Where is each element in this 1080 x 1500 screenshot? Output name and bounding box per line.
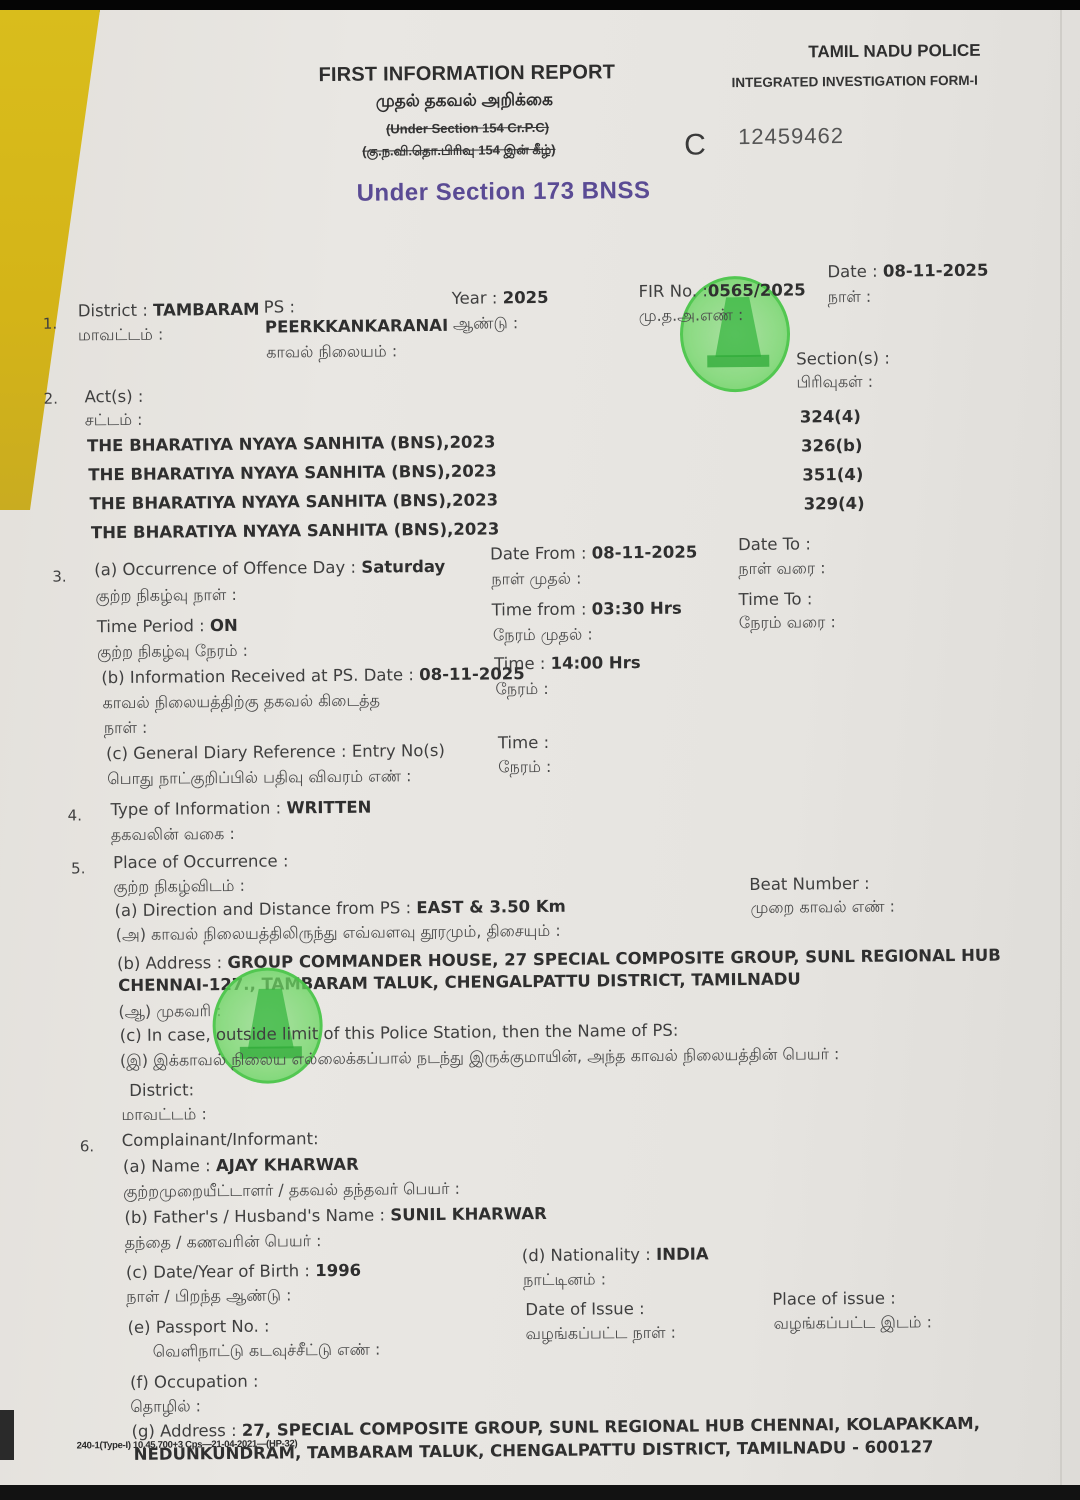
offence-day-ta: குற்ற நிகழ்வு நாள் : bbox=[95, 585, 236, 607]
occupation-ta: தொழில் : bbox=[130, 1396, 201, 1418]
section-value: 326(b) bbox=[801, 436, 863, 456]
form-print-code: 240-1(Type-I) 10,45,700+3 Cps—21-04-2021… bbox=[77, 1438, 298, 1451]
info-received-ta-2: நாள் : bbox=[104, 718, 148, 739]
outside-limit-label: (c) In case, outside limit of this Polic… bbox=[120, 1021, 679, 1045]
info-received-ta: காவல் நிலையத்திற்கு தகவல் கிடைத்த bbox=[102, 691, 380, 715]
old-section-en: (Under Section 154 Cr.P.C) bbox=[386, 120, 549, 137]
time-period-ta: குற்ற நிகழ்வு நேரம் : bbox=[97, 641, 248, 663]
act-row: THE BHARATIYA NYAYA SANHITA (BNS),2023 bbox=[88, 461, 497, 484]
item-number: 2. bbox=[44, 390, 58, 408]
acts-label: Act(s) : bbox=[84, 387, 143, 407]
act-row: THE BHARATIYA NYAYA SANHITA (BNS),2023 bbox=[90, 490, 499, 513]
complainant-name-field: (a) Name : AJAY KHARWAR bbox=[123, 1155, 359, 1176]
date-label-ta: நாள் : bbox=[828, 287, 872, 308]
year-label-ta: ஆண்டு : bbox=[453, 313, 519, 335]
complainant-label: Complainant/Informant: bbox=[122, 1129, 319, 1150]
time-to-ta: நேரம் வரை : bbox=[739, 612, 836, 634]
time-from-field: Time from : 03:30 Hrs bbox=[492, 599, 682, 620]
place-address-line2: CHENNAI-127., TAMBARAM TALUK, CHENGALPAT… bbox=[118, 970, 801, 996]
received-time-ta: நேரம் : bbox=[495, 679, 548, 701]
father-name-field: (b) Father's / Husband's Name : SUNIL KH… bbox=[124, 1204, 546, 1227]
gd-reference-label: (c) General Diary Reference : Entry No(s… bbox=[106, 741, 445, 763]
ps-label-ta: காவல் நிலையம் : bbox=[266, 341, 397, 363]
act-row: THE BHARATIYA NYAYA SANHITA (BNS),2023 bbox=[87, 432, 496, 455]
place-address-field: (b) Address : GROUP COMMANDER HOUSE, 27 … bbox=[117, 946, 1001, 973]
received-time-field: Time : 14:00 Hrs bbox=[494, 653, 641, 673]
section-value: 351(4) bbox=[802, 465, 863, 485]
passport-ta: வெளிநாட்டு கடவுச்சீட்டு எண் : bbox=[153, 1340, 381, 1363]
item-number: 6. bbox=[80, 1137, 94, 1155]
outside-district-ta: மாவட்டம் : bbox=[121, 1104, 207, 1126]
serial-prefix: C bbox=[684, 128, 706, 162]
org-name: TAMIL NADU POLICE bbox=[808, 41, 980, 63]
fir-document: FIRST INFORMATION REPORT முதல் தகவல் அறி… bbox=[0, 0, 1080, 1500]
report-title: FIRST INFORMATION REPORT bbox=[318, 61, 615, 87]
place-address-ta: (ஆ) முகவரி : bbox=[118, 1001, 221, 1023]
ps-label: PS : bbox=[264, 297, 295, 316]
father-name-ta: தந்தை / கணவரின் பெயர் : bbox=[125, 1231, 322, 1254]
occupation-label: (f) Occupation : bbox=[130, 1372, 259, 1392]
info-type-field: Type of Information : WRITTEN bbox=[110, 798, 371, 820]
time-period-field: Time Period : ON bbox=[97, 616, 238, 636]
date-field: Date : 08-11-2025 bbox=[827, 261, 988, 282]
complainant-name-ta: குற்றமுறையீட்டாளர் / தகவல் தந்தவர் பெயர்… bbox=[123, 1179, 460, 1203]
date-to-label: Date To : bbox=[738, 534, 811, 554]
date-from-ta: நாள் முதல் : bbox=[491, 569, 581, 591]
time-to-label: Time To : bbox=[738, 589, 812, 609]
item-number: 4. bbox=[68, 806, 82, 824]
section-value: 329(4) bbox=[804, 494, 865, 514]
acts-label-ta: சட்டம் : bbox=[85, 410, 143, 432]
fir-number-field: FIR No. :0565/2025 bbox=[639, 280, 806, 301]
district-label-ta: மாவட்டம் : bbox=[78, 325, 164, 347]
issue-place-label: Place of issue : bbox=[772, 1289, 896, 1309]
date-from-field: Date From : 08-11-2025 bbox=[490, 542, 697, 563]
ps-value: PEERKKANKARANAI bbox=[265, 316, 448, 337]
time-from-ta: நேரம் முதல் : bbox=[493, 624, 593, 646]
date-to-ta: நாள் வரை : bbox=[738, 558, 826, 580]
gd-time-label: Time : bbox=[498, 733, 549, 752]
passport-label: (e) Passport No. : bbox=[127, 1317, 269, 1337]
dob-field: (c) Date/Year of Birth : 1996 bbox=[126, 1261, 361, 1282]
old-section-ta: (கு.ந.வி.தொ.பிரிவு 154 இன் கீழ்) bbox=[362, 142, 555, 161]
dob-ta: நாள் / பிறந்த ஆண்டு : bbox=[126, 1285, 291, 1308]
district-field: District : TAMBARAM bbox=[78, 300, 260, 321]
complainant-address-field: (g) Address : 27, SPECIAL COMPOSITE GROU… bbox=[131, 1414, 980, 1441]
report-title-tamil: முதல் தகவல் அறிக்கை bbox=[376, 90, 553, 114]
item-number: 3. bbox=[52, 568, 66, 586]
item-number: 1. bbox=[43, 315, 57, 333]
nationality-ta: நாட்டினம் : bbox=[523, 1269, 606, 1291]
direction-field: (a) Direction and Distance from PS : EAS… bbox=[114, 897, 565, 920]
sections-label: Section(s) : bbox=[796, 349, 890, 369]
issue-place-ta: வழங்கப்பட்ட இடம் : bbox=[773, 1312, 932, 1335]
sections-label-ta: பிரிவுகள் : bbox=[796, 372, 873, 394]
item-number: 5. bbox=[71, 859, 85, 877]
offence-day-field: (a) Occurrence of Offence Day : Saturday bbox=[94, 557, 445, 579]
beat-label-ta: முறை காவல் எண் : bbox=[750, 897, 895, 919]
serial-number: 12459462 bbox=[738, 123, 844, 150]
fir-label-ta: மு.த.அ.எண் : bbox=[639, 305, 744, 327]
issue-date-label: Date of Issue : bbox=[525, 1299, 644, 1319]
direction-ta: (அ) காவல் நிலையத்திலிருந்து எவ்வளவு தூரம… bbox=[116, 921, 561, 946]
form-name: INTEGRATED INVESTIGATION FORM-I bbox=[732, 73, 978, 90]
nationality-field: (d) Nationality : INDIA bbox=[522, 1244, 709, 1265]
section-value: 324(4) bbox=[800, 407, 861, 427]
act-row: THE BHARATIYA NYAYA SANHITA (BNS),2023 bbox=[91, 519, 500, 542]
outside-district-label: District: bbox=[129, 1080, 194, 1100]
section-stamp: Under Section 173 BNSS bbox=[357, 177, 651, 208]
gd-time-ta: நேரம் : bbox=[498, 757, 551, 779]
beat-label: Beat Number : bbox=[749, 874, 870, 894]
year-field: Year : 2025 bbox=[452, 288, 549, 308]
issue-date-ta: வழங்கப்பட்ட நாள் : bbox=[526, 1323, 677, 1345]
place-label: Place of Occurrence : bbox=[113, 851, 289, 872]
info-type-ta: தகவலின் வகை : bbox=[111, 824, 235, 846]
gd-reference-ta: பொது நாட்குறிப்பில் பதிவு விவரம் எண் : bbox=[107, 766, 411, 790]
info-received-field: (b) Information Received at PS. Date : 0… bbox=[101, 664, 525, 687]
place-label-ta: குற்ற நிகழ்விடம் : bbox=[113, 876, 245, 898]
